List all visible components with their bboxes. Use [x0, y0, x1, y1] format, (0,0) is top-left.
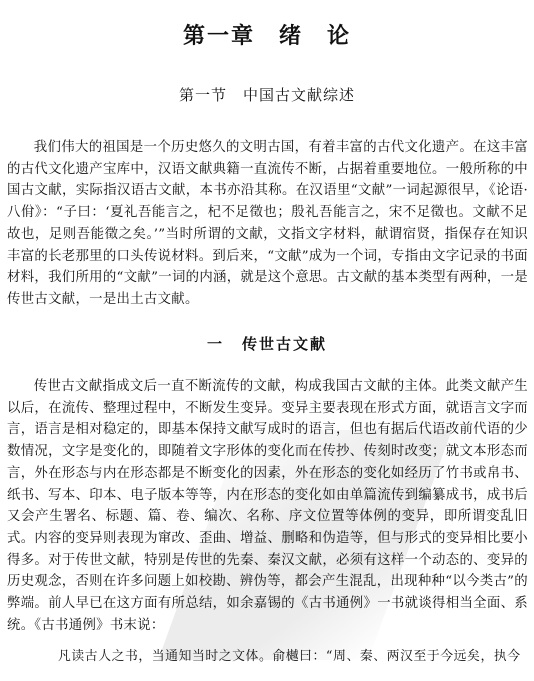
- section-heading: 第一节中国古文献综述: [0, 84, 534, 105]
- chapter-title: 第一章 绪 论: [0, 19, 534, 50]
- section-number: 第一节: [179, 86, 227, 104]
- block-quote: 凡读古人之书，当通知当时之文体。俞樾曰：“周、秦、两汉至于今远矣，执今: [58, 647, 528, 667]
- document-page: 第一章 绪 论 第一节中国古文献综述 我们伟大的祖国是一个历史悠久的文明古国，有…: [0, 0, 534, 681]
- body-paragraph: 传世古文献指成文后一直不断流传的文献，构成我国古文献的主体。此类文献产生以后，在…: [7, 376, 528, 636]
- subsection-heading: 一传世古文献: [0, 333, 534, 354]
- subsection-number: 一: [207, 335, 224, 353]
- intro-paragraph: 我们伟大的祖国是一个历史悠久的文明古国，有着丰富的古代文化遗产。在这丰富的古代文…: [7, 137, 528, 311]
- section-title: 中国古文献综述: [243, 86, 355, 104]
- subsection-title: 传世古文献: [242, 335, 327, 353]
